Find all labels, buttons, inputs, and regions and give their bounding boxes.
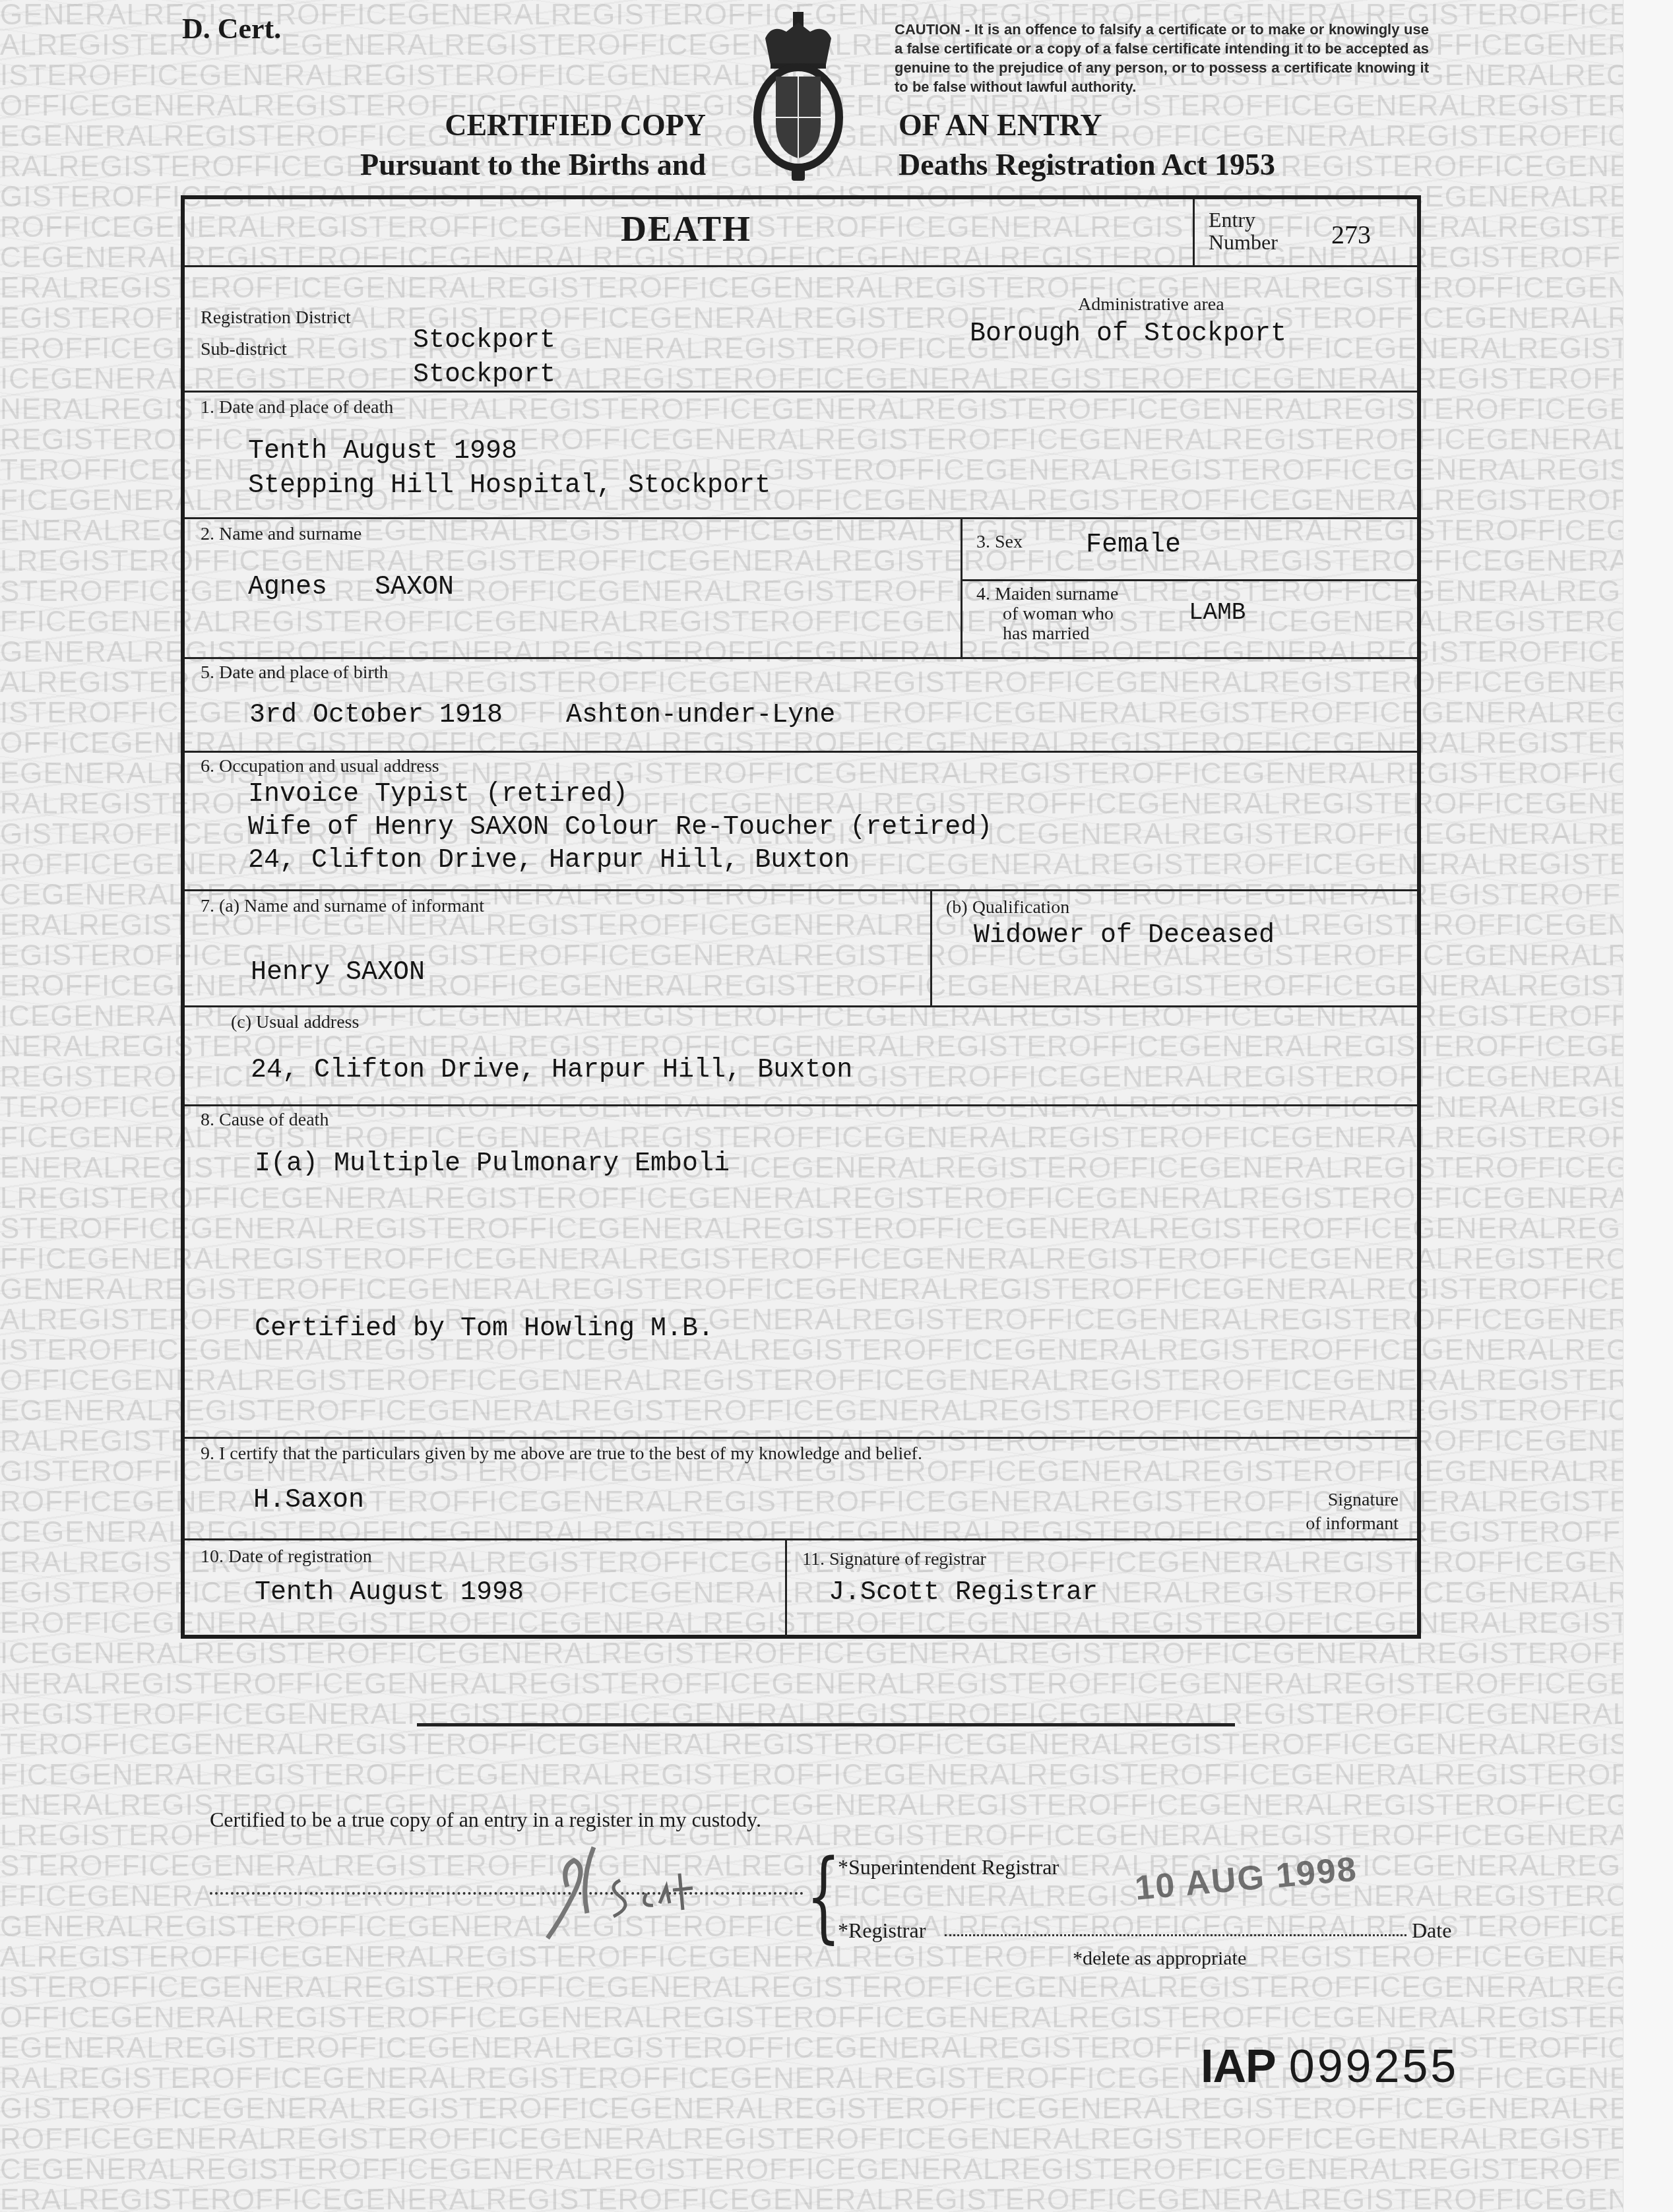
superintendent-registrar-label: *Superintendent Registrar [838, 1855, 1059, 1880]
sex-value: Female [1086, 530, 1181, 560]
date-of-registration: Tenth August 1998 [255, 1578, 524, 1608]
death-entry-form: DEATH EntryNumber 273 Registration Distr… [181, 195, 1421, 1639]
sub-district-value: Stockport [413, 360, 555, 390]
date-label: Date [1412, 1918, 1451, 1943]
date-place-of-birth: 3rd October 1918 Ashton-under-Lyne [249, 701, 835, 730]
certificate-serial: IAP099255 [1201, 2040, 1459, 2093]
date-of-death: Tenth August 1998 [248, 437, 517, 466]
form-heading: DEATH [185, 208, 1187, 249]
maiden-surname: LAMB [1189, 599, 1246, 626]
informant-qualification: Widower of Deceased [974, 921, 1275, 951]
divider-rule [417, 1723, 1235, 1726]
registration-district-value: Stockport [413, 326, 555, 356]
informant-address: 24, Clifton Drive, Harpur Hill, Buxton [251, 1056, 852, 1085]
deceased-name: Agnes SAXON [248, 573, 454, 602]
administrative-area-value: Borough of Stockport [970, 319, 1286, 349]
brace-symbol: { [806, 1847, 840, 1946]
title-act: Deaths Registration Act 1953 [899, 145, 1360, 185]
registrar-label: *Registrar [838, 1918, 926, 1943]
field-7b-label: (b) Qualification [946, 897, 1069, 918]
entry-number-label: EntryNumber [1209, 208, 1278, 253]
field-11-label: 11. Signature of registrar [802, 1549, 986, 1570]
registrar-handwritten-signature [521, 1841, 772, 1940]
field-2-label: 2. Name and surname [201, 524, 362, 545]
field-9-label: 9. I certify that the particulars given … [201, 1443, 922, 1465]
field-6-label: 6. Occupation and usual address [201, 756, 439, 777]
title-certified-copy: CERTIFIED COPY [277, 106, 706, 145]
field-7a-label: 7. (a) Name and surname of informant [201, 896, 484, 917]
occupation: Invoice Typist (retired) [248, 780, 628, 809]
entry-number: 273 [1331, 219, 1371, 250]
certified-true-copy-text: Certified to be a true copy of an entry … [210, 1808, 761, 1832]
scan-edge [1623, 0, 1673, 2212]
registration-district-label: Registration District [201, 307, 351, 329]
field-4-label: 4. Maiden surname of woman who has marri… [976, 585, 1118, 644]
informant-name: Henry SAXON [251, 958, 425, 988]
certified-by: Certified by Tom Howling M.B. [255, 1314, 714, 1344]
usual-address: 24, Clifton Drive, Harpur Hill, Buxton [248, 846, 850, 875]
spouse-occupation: Wife of Henry SAXON Colour Re-Toucher (r… [248, 813, 992, 842]
signature-of-informant-label: Signatureof informant [1280, 1488, 1399, 1536]
caution-notice: CAUTION - It is an offence to falsify a … [895, 20, 1429, 96]
delete-as-appropriate-note: *delete as appropriate [1073, 1947, 1246, 1970]
serial-prefix: IAP [1201, 2040, 1276, 2092]
field-1-label: 1. Date and place of death [201, 397, 393, 418]
informant-signature: H.Saxon [253, 1486, 364, 1515]
cause-of-death: I(a) Multiple Pulmonary Emboli [255, 1149, 730, 1179]
field-3-label: 3. Sex [976, 532, 1023, 553]
title-right: OF AN ENTRY Deaths Registration Act 1953 [899, 106, 1360, 185]
serial-number: 099255 [1289, 2040, 1459, 2092]
place-of-death: Stepping Hill Hospital, Stockport [248, 471, 771, 501]
registrar-dotted-line [945, 1934, 1406, 1936]
field-5-label: 5. Date and place of birth [201, 662, 389, 683]
form-code: D. Cert. [182, 12, 281, 46]
title-left: CERTIFIED COPY Pursuant to the Births an… [277, 106, 706, 185]
administrative-area-label: Administrative area [1078, 294, 1224, 315]
field-7c-label: (c) Usual address [231, 1012, 359, 1033]
field-10-label: 10. Date of registration [201, 1546, 372, 1567]
field-8-label: 8. Cause of death [201, 1110, 329, 1131]
title-of-an-entry: OF AN ENTRY [899, 106, 1360, 145]
registrar-signature: J.Scott Registrar [829, 1578, 1098, 1608]
royal-crest-icon [752, 12, 844, 183]
title-pursuant: Pursuant to the Births and [277, 145, 706, 185]
sub-district-label: Sub-district [201, 339, 287, 360]
